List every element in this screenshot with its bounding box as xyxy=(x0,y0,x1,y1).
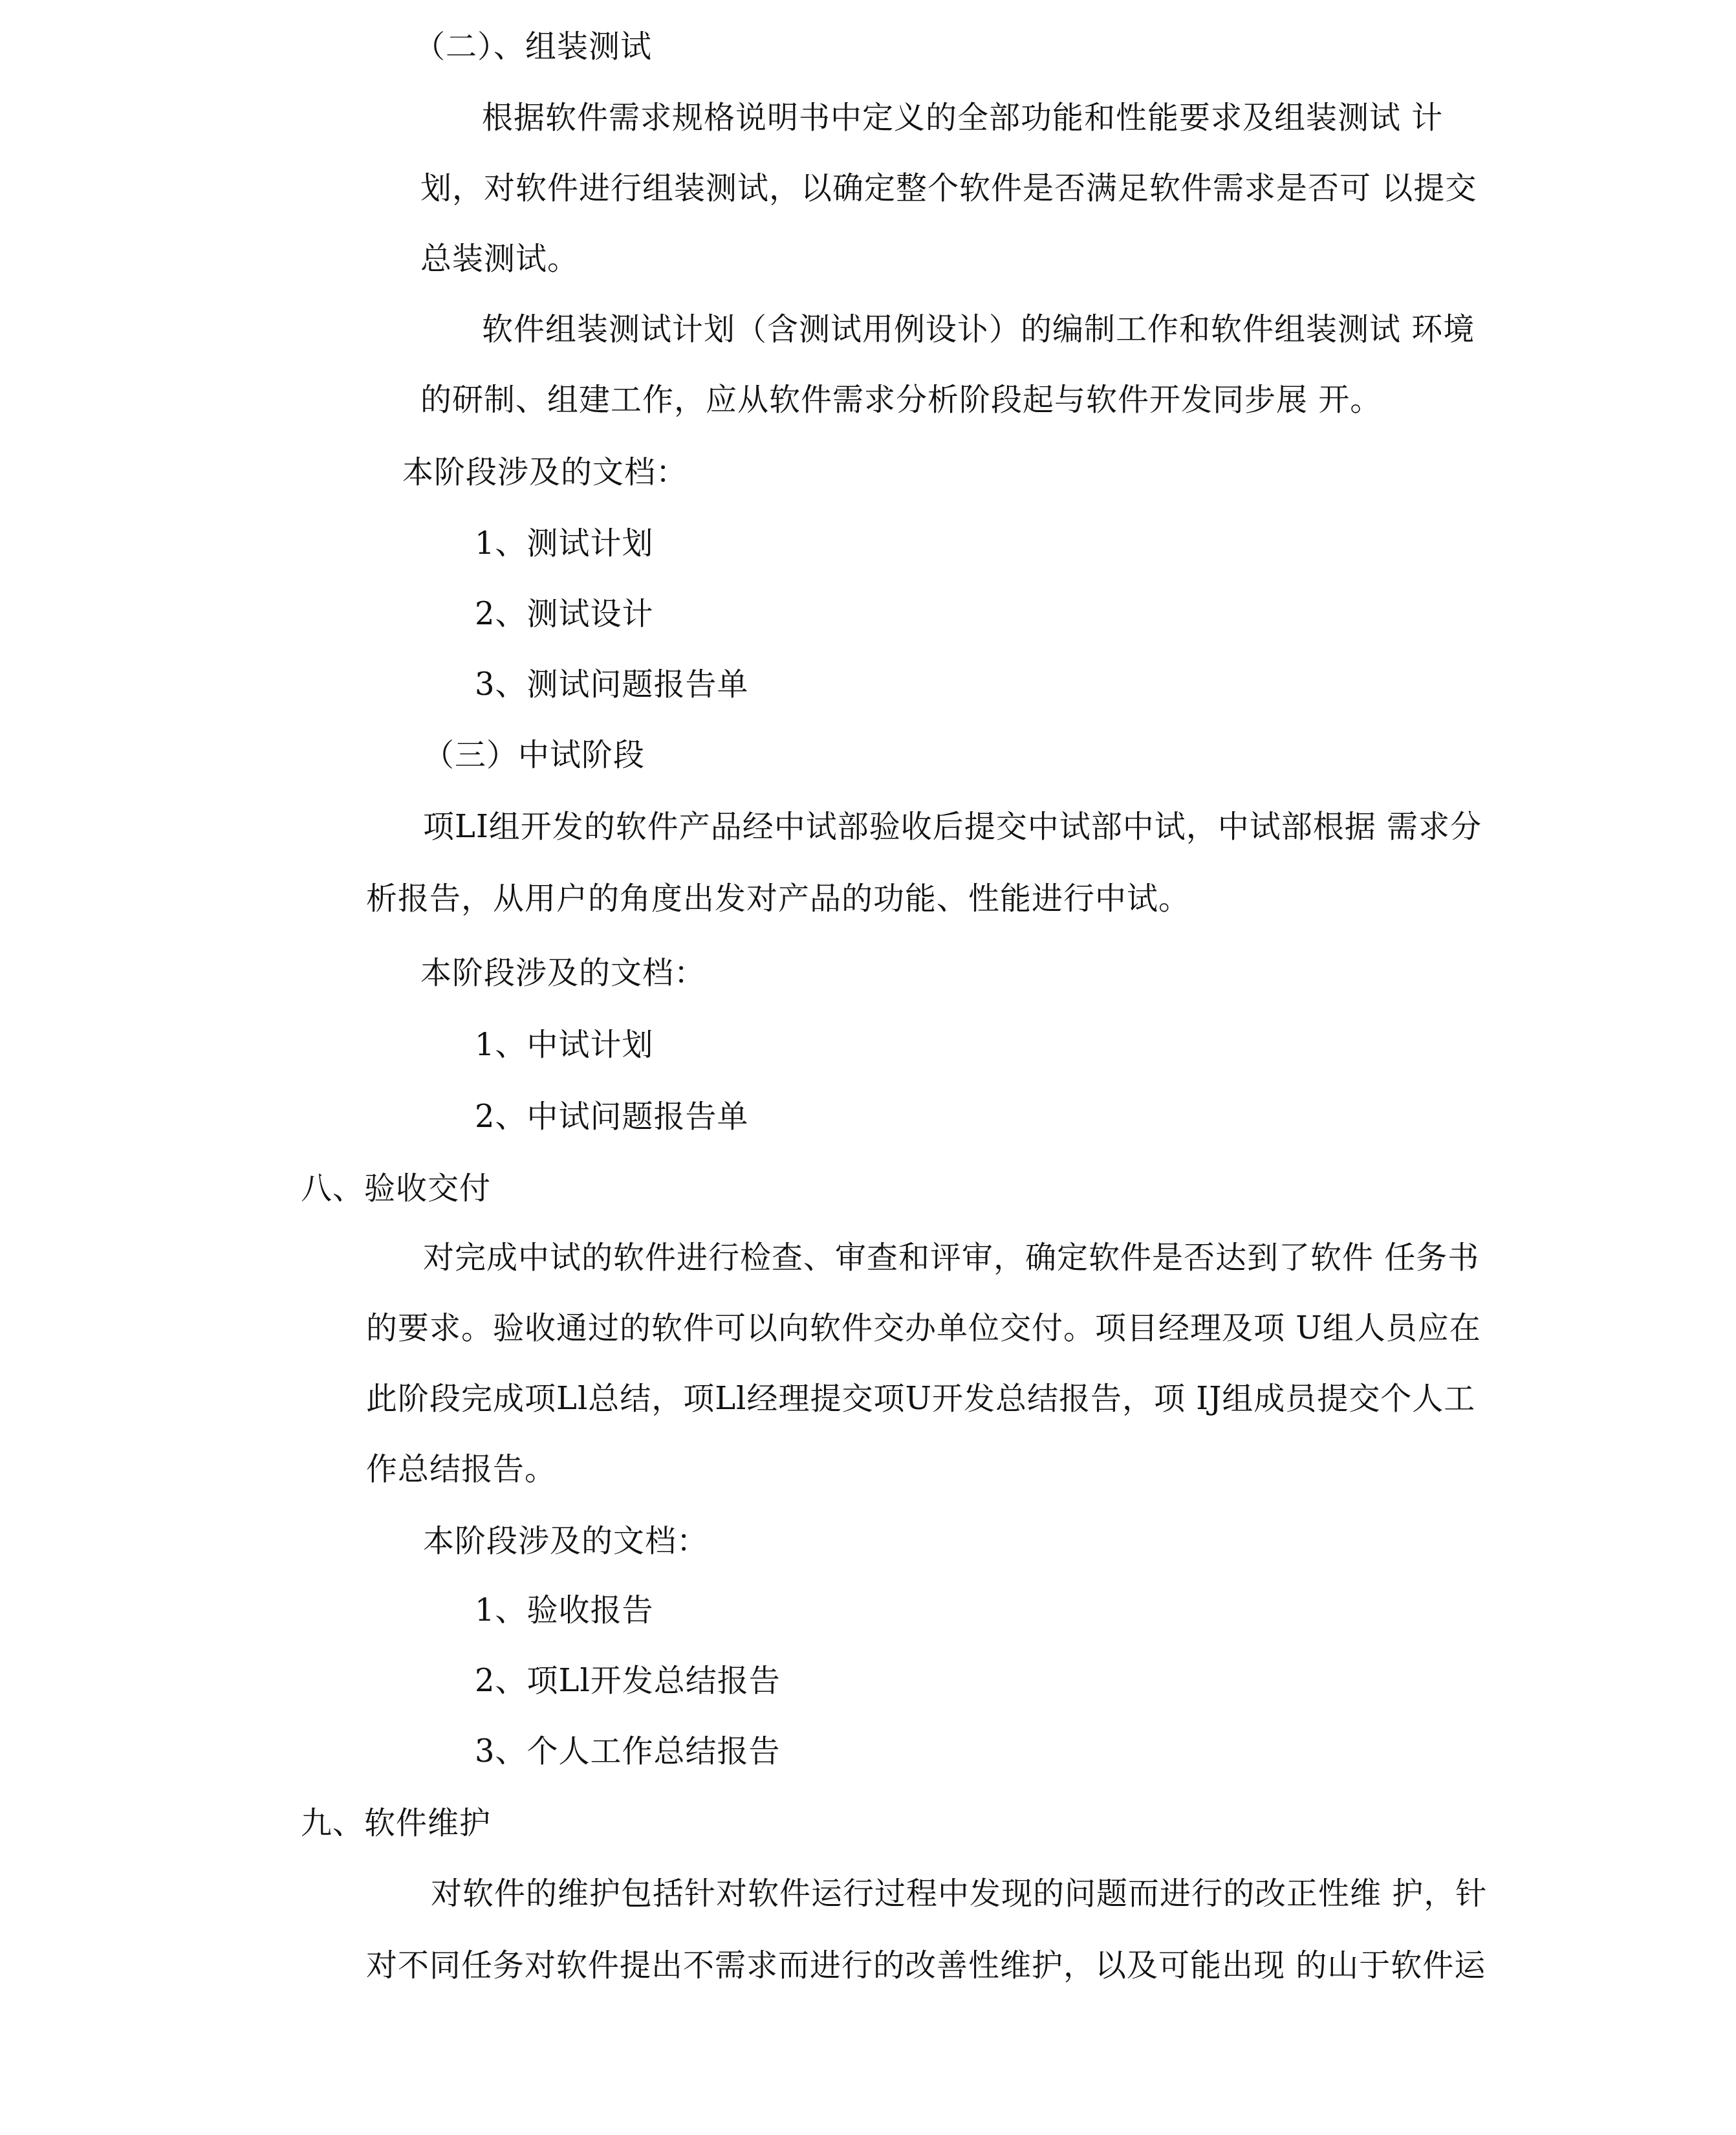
doc-list-item: 1、中试计划 xyxy=(475,1025,654,1064)
paragraph-line: 划，对软件进行组装测试，以确定整个软件是否满足软件需求是否可 以提交 xyxy=(420,169,1477,208)
paragraph-line: 作总结报告。 xyxy=(366,1450,556,1489)
paragraph-line: 此阶段完成项Ll总结，项Ll经理提交项U开发总结报告，项 IJ组成员提交个人工 xyxy=(366,1379,1475,1418)
section-heading: （三）中试阶段 xyxy=(423,736,645,774)
docs-label: 本阶段涉及的文档： xyxy=(423,1522,708,1560)
paragraph-line: 的研制、组建工作，应从软件需求分析阶段起与软件开发同步展 开。 xyxy=(420,380,1382,419)
section-heading: 八、验收交付 xyxy=(301,1169,491,1208)
doc-list-item: 2、测试设计 xyxy=(475,595,654,633)
doc-list-item: 3、个人工作总结报告 xyxy=(475,1732,781,1771)
paragraph-line: 析报告，从用户的角度出发对产品的功能、性能进行中试。 xyxy=(366,879,1190,918)
paragraph-line: 根据软件需求规格说明书中定义的全部功能和性能要求及组装测试 计 xyxy=(482,98,1443,137)
docs-label: 本阶段涉及的文档： xyxy=(402,453,688,492)
paragraph-line: 项LI组开发的软件产品经中试部验收后提交中试部中试，中试部根据 需求分 xyxy=(423,807,1482,846)
doc-list-item: 1、验收报告 xyxy=(475,1591,654,1630)
paragraph-line: 对完成中试的软件进行检查、审查和评审，确定软件是否达到了软件 任务书 xyxy=(423,1238,1479,1277)
paragraph-line: 的要求。验收通过的软件可以向软件交办单位交付。项目经理及项 U组人员应在 xyxy=(366,1309,1481,1348)
paragraph-line: 总装测试。 xyxy=(420,239,579,278)
paragraph-line: 软件组装测试计划（含测试用例设讣）的编制工作和软件组装测试 环境 xyxy=(482,310,1475,349)
doc-list-item: 2、中试问题报告单 xyxy=(475,1097,749,1136)
paragraph-line: 对不同任务对软件提出不需求而进行的改善性维护，以及可能出现 的山于软件运 xyxy=(366,1946,1486,1985)
section-heading: （二）、组装测试 xyxy=(414,27,652,66)
docs-label: 本阶段涉及的文档： xyxy=(420,954,706,992)
doc-list-item: 3、测试问题报告单 xyxy=(475,665,749,704)
paragraph-line: 对软件的维护包括针对软件运行过程中发现的问题而进行的改正性维 护，针 xyxy=(431,1874,1487,1913)
doc-list-item: 2、项Ll开发总结报告 xyxy=(475,1661,781,1700)
section-heading: 九、软件维护 xyxy=(301,1804,491,1843)
doc-list-item: 1、测试计划 xyxy=(475,524,654,563)
